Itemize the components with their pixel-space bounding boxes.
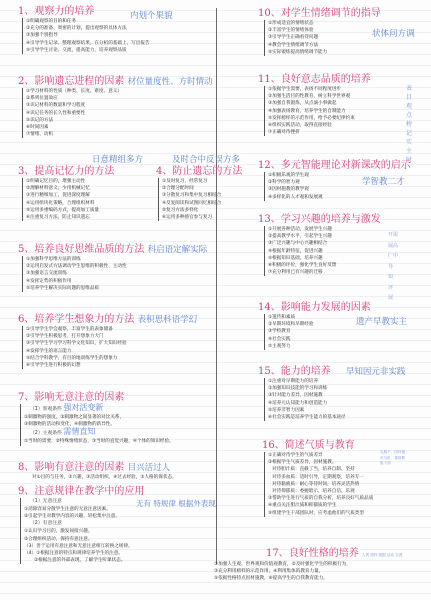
list-item: ③进行精细加工，促进深度理解 (26, 192, 114, 199)
item-list: ①积极乐观的学生观 ②科学的智力观 ③因材施教的教学观 ④多样化的人才观和发展观 (264, 172, 411, 201)
list-item: ⑤根据知识基础，培养兴趣 (268, 255, 381, 262)
list-item: ⑤主观努力 (268, 343, 371, 350)
section-heading: 4、防止遗忘的方法 (156, 166, 242, 178)
list-item: ①认识学习目的，激发间接兴趣。 (24, 528, 144, 535)
item-list: ①学习材料的性质（种类、长度、难度、意义） ②系列位置效应 ③识记材料的数量和学… (22, 88, 213, 138)
section-2: 2、影响遗忘进程的因素 材位量度性、方时情动 ①学习材料的性质（种类、长度、难度… (18, 76, 213, 138)
list-item: ⑥社会实践是培养学生能力的基本途径 (268, 414, 405, 421)
list-item: ⑤结合学科教学，有目的地训练学生的想象力 (26, 355, 197, 362)
list-item: ⑦正确对待挫折 (268, 129, 371, 136)
item-list: ①依据学生需要，表扬不同程度进步 ②加强生活目的性教育，树立科学世界观 ③加强自… (264, 86, 371, 136)
list-item: ③刺激物的活动和变化，④刺激物的新异性。 (24, 421, 174, 428)
item-list: ①明确观察的目的和任务 ②充分的准备、周密的计划，提出观察的具体方法 ③加强个别… (22, 18, 150, 54)
item-list: ①开展各种活动，发展学生兴趣 ②提高教学水平，引起学生兴趣 ③广泛兴趣与中心兴趣… (264, 226, 381, 276)
section-5: 5、培养良好思维品质的方法 科启语定解实际 ①加强科学思维方法的训练 ②运用启发… (18, 244, 207, 292)
column-divider (216, 8, 217, 564)
section-heading: 2、影响遗忘进程的因素 材位量度性、方时情动 (18, 76, 213, 88)
list-item: ④反复阅读和试图回忆相结合 (162, 200, 242, 207)
section-heading: 9、注意规律在教学中的应用 (18, 486, 144, 498)
item-list: ①形成适宜的情绪状态 ②丰富学生的情绪体验 ③引导学生正确看待问题 ④教会学生情… (264, 20, 381, 56)
mnemonic-char: 导 (388, 262, 398, 273)
list-item: ③因材施教的教学观 (268, 186, 411, 193)
list-item: ①明确观察的目的和任务 (26, 18, 150, 25)
list-item: ⑤运用多重编码方式，提高加工质量 (26, 207, 114, 214)
list-item: ②理解材料意义，少用机械记忆 (26, 185, 114, 192)
list-item: ②引起学生对教学内容的兴趣，轻松集中注意。 (24, 513, 144, 520)
list-item: ②加强生活目的性教育，树立科学世界观 (268, 93, 371, 100)
item-list: （1）客观条件 强对活变新 ①刺激物的强度，②刺激物之间显著的对比关系， ③刺激… (20, 404, 174, 446)
list-item: ③帮助学生进行气质的自我分析，培养良好气质品质 (268, 495, 373, 502)
item-list: ①正确对待学生的气质差异 ②根据学生气质差异，因材施教。 对待胆汁质：直截了当，… (264, 452, 373, 517)
list-item: ②根据注意的外部表现，了解学生听课状态。 (34, 557, 144, 564)
vertical-mnemonic: 表目观点榜记实主时 (406, 84, 413, 165)
mnemonic-char: 知 (388, 272, 398, 283)
section-heading: 15、能力的培养 早知因元非实践 (258, 366, 405, 378)
section-9: 9、注意规律在教学中的应用 无有 特规律 根据外表现 （1）无意注意 ①消除容易… (18, 486, 144, 564)
list-item: ③引导学生正确看待问题 (268, 34, 381, 41)
list-item: ④发挥定势的积极作用 (26, 278, 207, 285)
list-item: ②丰富学生的情绪体验 (268, 27, 381, 34)
section-1: 1、观察力的培养 内划个果貌 ①明确观察的目的和任务 ②充分的准备、周密的计划，… (18, 6, 150, 54)
vertical-mnemonic: 开需 展高 广中 导 知 评 展 (388, 230, 398, 304)
list-item: （4）①根据注意的特点和规律培养学生的注意。 (24, 550, 144, 557)
list-item: ①形成适宜的情绪状态 (268, 20, 381, 27)
list-item: ⑤识记的方法 (26, 117, 213, 124)
list-item: ⑤实际锻炼提高情绪调节能力 (268, 49, 381, 56)
section-10: 10、对学生情绪调节的指导 状体问方调 ①形成适宜的情绪状态 ②丰富学生的情绪体… (258, 8, 381, 56)
list-item: ④识记任务的长久性和重要性 (26, 110, 213, 117)
mnemonic-char: 评 (388, 283, 398, 294)
section-15: 15、能力的培养 早知因元非实践 ①注重对早期能力的培养 ②加强知识技能的学习和… (258, 366, 405, 421)
list-item: 对待抑郁质：委婉暗示，培养自信、乐观 (272, 488, 373, 495)
item-list: ①遗传和素质 ②早期环境和早期经验 ③学校教育 ④社会实践 ⑤主观努力 (264, 314, 371, 350)
list-item: 对待多血质：适时引导，定期观察，培养专一 (272, 474, 373, 481)
list-item: ⑥组织实践活动，取得直接经验 (268, 122, 371, 129)
section-4: 4、防止遗忘的方法 ①及时复习，经常复习 ②合理分配时间 ③分散复习和集中复习相… (156, 166, 242, 221)
list-item: 对待黏液质：耐心等待时间，培养灵活热情 (272, 481, 373, 488)
list-item: ②运用启发式方法调动学生思维的积极性、主动性 (26, 263, 207, 270)
section-heading: 11、良好意志品质的培养 (258, 74, 371, 86)
list-item: 对待胆汁质：直截了当，培养自制、坚持 (272, 466, 373, 473)
section-heading: 14、影响能力发展的因素 (258, 302, 371, 314)
section-heading: 6、培养学生想象力的方法 表积思科语学幻 (18, 314, 197, 326)
list-item: ③学校教育 (268, 328, 371, 335)
list-item: ④根据年龄特征，促进兴趣 (268, 248, 381, 255)
list-item: ⑥注重复习方法，防止知识遗忘 (26, 214, 114, 221)
list-item: ④引导学生记录、整理观察结果，在分析的基础上，写出报告 (26, 40, 150, 47)
item-list: ①加强科学思维方法的训练 ②运用启发式方法调动学生思维的积极性、主动性 ③加强语… (22, 256, 207, 292)
section-heading: 8、影响有意注意的因素 目兴活过人 (18, 462, 177, 474)
section-7: 7、影响无意注意的因素 （1）客观条件 强对活变新 ①刺激物的强度，②刺激物之间… (18, 392, 174, 446)
mini-note: 克服不、因材施 长分析、重群利 组干部 (380, 450, 405, 467)
subheading: （1）客观条件 强对活变新 (30, 404, 174, 414)
list-item: ④社会实践 (268, 336, 371, 343)
item-list: （1）无意注意 ①消除容易分散学生注意的无意注意因素。 ②引起学生对教学内容的兴… (20, 498, 144, 564)
subheading: （2）有意注意 (30, 520, 144, 528)
list-item: ④重点关注胆汁质和抑郁质的学生 (268, 502, 373, 509)
list-item: ③加强语言交流训练 (26, 270, 207, 277)
list-item: ④多样化的人才观和发展观 (268, 194, 411, 201)
list-item: ①消除容易分散学生注意的无意注意因素。 (24, 506, 144, 513)
list-item: ⑥时间因素 (26, 124, 213, 131)
list-item: ②提高教学水平，引起学生兴趣 (268, 233, 381, 240)
list-item: （3）善于运用有意注意和无意注意相互转换之规律。 (24, 543, 144, 550)
list-item: ③加强自我锻炼，从点滴小事做起 (268, 100, 371, 107)
list-item: ①加强科学思维方法的训练 (26, 256, 207, 263)
list-item: ①当时的需要，②特殊情绪状态，③当时的直觉兴趣，④个体的知识经验。 (24, 438, 174, 445)
list-item: ④发挥学生的语言能力 (26, 348, 197, 355)
list-item: ⑤培养学生解决实际问题的思维品质 (26, 285, 207, 292)
list-item: ②系列位置效应 (26, 95, 213, 102)
list-item: ①加强人生观、世界观和价值观教育，②及时强化学生的积极行为， (214, 561, 402, 568)
section-17: 17、良好性格的培养 人观 榜样 根据 活动 自我 ①加强人生观、世界观和价值观… (214, 548, 402, 583)
list-item: ⑤引导学生讨论、交流，提高能力，培养观察品质 (26, 47, 150, 54)
mnemonic-char: 展 (388, 293, 398, 304)
list-item: ④教会学生情绪调节方法 (268, 42, 381, 49)
list-item: ②科学的智力观 (268, 179, 411, 186)
mnemonic-char: 广中 (388, 251, 398, 262)
section-16: 16、简述气质与教育 ①正确对待学生的气质差异 ②根据学生气质差异，因材施教。 … (258, 440, 373, 517)
list-item: ②早期环境和早期经验 (268, 321, 371, 328)
list-item: ④培养元认知能力和创造能力 (268, 400, 405, 407)
section-3: 3、提高记忆力的方法 ①明确记忆目的，增强主动性 ②理解材料意义，少用机械记忆 … (18, 166, 114, 221)
list-item: ⑦情绪、动机 (26, 131, 213, 138)
mnemonic-char: 开需 (388, 230, 398, 241)
list-item: ①引导学生学会观察，丰富学生的表象储备 (26, 326, 197, 333)
list-item: ③加强个别指导 (26, 32, 150, 39)
list-item: ①依据学生需要，表扬不同程度进步 (268, 86, 371, 93)
list-item: ①遗传和素质 (268, 314, 371, 321)
section-heading: 5、培养良好思维品质的方法 科启语定解实际 (18, 244, 207, 256)
list-item: ①刺激物的强度，②刺激物之间显著的对比关系， (24, 414, 174, 421)
mini-note-line: 组干部 (380, 461, 405, 467)
list-item: ①及时复习，经常复习 (162, 178, 242, 185)
list-item: ①积极乐观的学生观 (268, 172, 411, 179)
item-list: ①注重对早期能力的培养 ②加强知识技能的学习和训练 ③针对能力差异，因材施教 ④… (264, 378, 405, 421)
list-item: ④运用组块化策略，合理组织材料 (26, 200, 114, 207)
section-heading: 13、学习兴趣的培养与激发 (258, 214, 381, 226)
section-12: 12、多元智能理论对新课改的启示 学智教二才 ①积极乐观的学生观 ②科学的智力观… (258, 160, 411, 201)
section-heading: 16、简述气质与教育 (262, 440, 373, 452)
list-item: ④加强表扬教育，培养学生的自制能力 (268, 108, 371, 115)
list-item: ⑤发挥榜样的示范作用，给予必要纪律约束 (268, 115, 371, 122)
item-list: ①及时复习，经常复习 ②合理分配时间 ③分散复习和集中复习相结合 ④反复阅读和试… (158, 178, 242, 221)
section-13: 13、学习兴趣的培养与激发 ①开展各种活动，发展学生兴趣 ②提高教学水平，引起学… (258, 214, 381, 276)
list-item: ①注重对早期能力的培养 (268, 378, 405, 385)
section-heading: 17、良好性格的培养 人观 榜样 根据 活动 自我 (266, 548, 402, 561)
mnemonic: 日意精组多方 (92, 154, 143, 166)
list-item: ②根据学生气质差异，因材施教。 (268, 459, 373, 466)
mnemonic: 及时合中反误方多 (172, 154, 240, 166)
list-item: ②充分的准备、周密的计划，提出观察的具体方法 (26, 25, 150, 32)
list-item: ⑤依据性格特点因材施教，⑥提高学生的自我教育能力。 (214, 575, 402, 582)
list-item: ①学习材料的性质（种类、长度、难度、意义） (26, 88, 213, 95)
section-heading: 3、提高记忆力的方法 (18, 166, 114, 178)
list-item: ⑤培养非智力因素 (268, 407, 405, 414)
list-item: ⑥积极的评价，强化学生良好反馈 (268, 262, 381, 269)
mini-note-line: 克服不、因材施 (380, 450, 405, 456)
list-item: ②合理分配时间 (162, 185, 242, 192)
item-list: ①引导学生学会观察，丰富学生的表象储备 ②引导学生积极思考，打开想象力大门 ③引… (22, 326, 197, 369)
section-8: 8、影响有意注意的因素 目兴活过人 对①目的与任务，②兴趣，③活动组织，④过去经… (18, 462, 177, 481)
section-heading: 12、多元智能理论对新课改的启示 (258, 160, 411, 172)
section-6: 6、培养学生想象力的方法 表积思科语学幻 ①引导学生学会观察，丰富学生的表象储备… (18, 314, 197, 369)
list-item: ①正确对待学生的气质差异 (268, 452, 373, 459)
list-item: ⑦充分利用已有兴趣的迁移 (268, 269, 381, 276)
list-item: ③识记材料的数量和学习程度 (26, 102, 213, 109)
mnemonic-char: 展高 (388, 241, 398, 252)
list-item: ⑥运用多种感官参与复习 (162, 214, 242, 221)
list-item: ⑤组建学生干部团队时，应考虑他们的气质类型 (268, 510, 373, 517)
list-item: ②合理组织活动，保持有意注意。 (24, 536, 144, 543)
list-item: ①明确记忆目的，增强主动性 (26, 178, 114, 185)
list-item: ③分散复习和集中复习相结合 (162, 192, 242, 199)
list-item: ①开展各种活动，发展学生兴趣 (268, 226, 381, 233)
list-item: 对①目的与任务，②兴趣，③活动组织，④过去经验，⑤人格的保状态。 (32, 474, 177, 481)
section-14: 14、影响能力发展的因素 遗产早教实主 ①遗传和素质 ②早期环境和早期经验 ③学… (258, 302, 371, 350)
list-item: ②引导学生积极思考，打开想象力大门 (26, 333, 197, 340)
list-item: ③广泛兴趣与中心兴趣相结合 (268, 240, 381, 247)
list-item: ⑥引导学生进行积极的幻想 (26, 362, 197, 369)
subheading: （1）无意注意 (30, 498, 144, 506)
list-item: ③针对能力差异，因材施教 (268, 392, 405, 399)
mnemonic: 无有 特规律 根据外表现 (136, 498, 216, 510)
subheading: （2）主观条件 需情直知 (30, 428, 174, 438)
item-list: ①明确记忆目的，增强主动性 ②理解材料意义，少用机械记忆 ③进行精细加工，促进深… (22, 178, 114, 221)
list-item: ②加强知识技能的学习和训练 (268, 385, 405, 392)
list-item: ⑤复习方法多样化 (162, 207, 242, 214)
section-heading: 10、对学生情绪调节的指导 (258, 8, 381, 20)
list-item: ③充分利用榜样的示范作用，④利用集体的教育力量， (214, 568, 402, 575)
section-11: 11、良好意志品质的培养 ①依据学生需要，表扬不同程度进步 ②加强生活目的性教育… (258, 74, 371, 136)
list-item: ③引导学生学习学习科学文化知识，扩大知识经验 (26, 340, 197, 347)
